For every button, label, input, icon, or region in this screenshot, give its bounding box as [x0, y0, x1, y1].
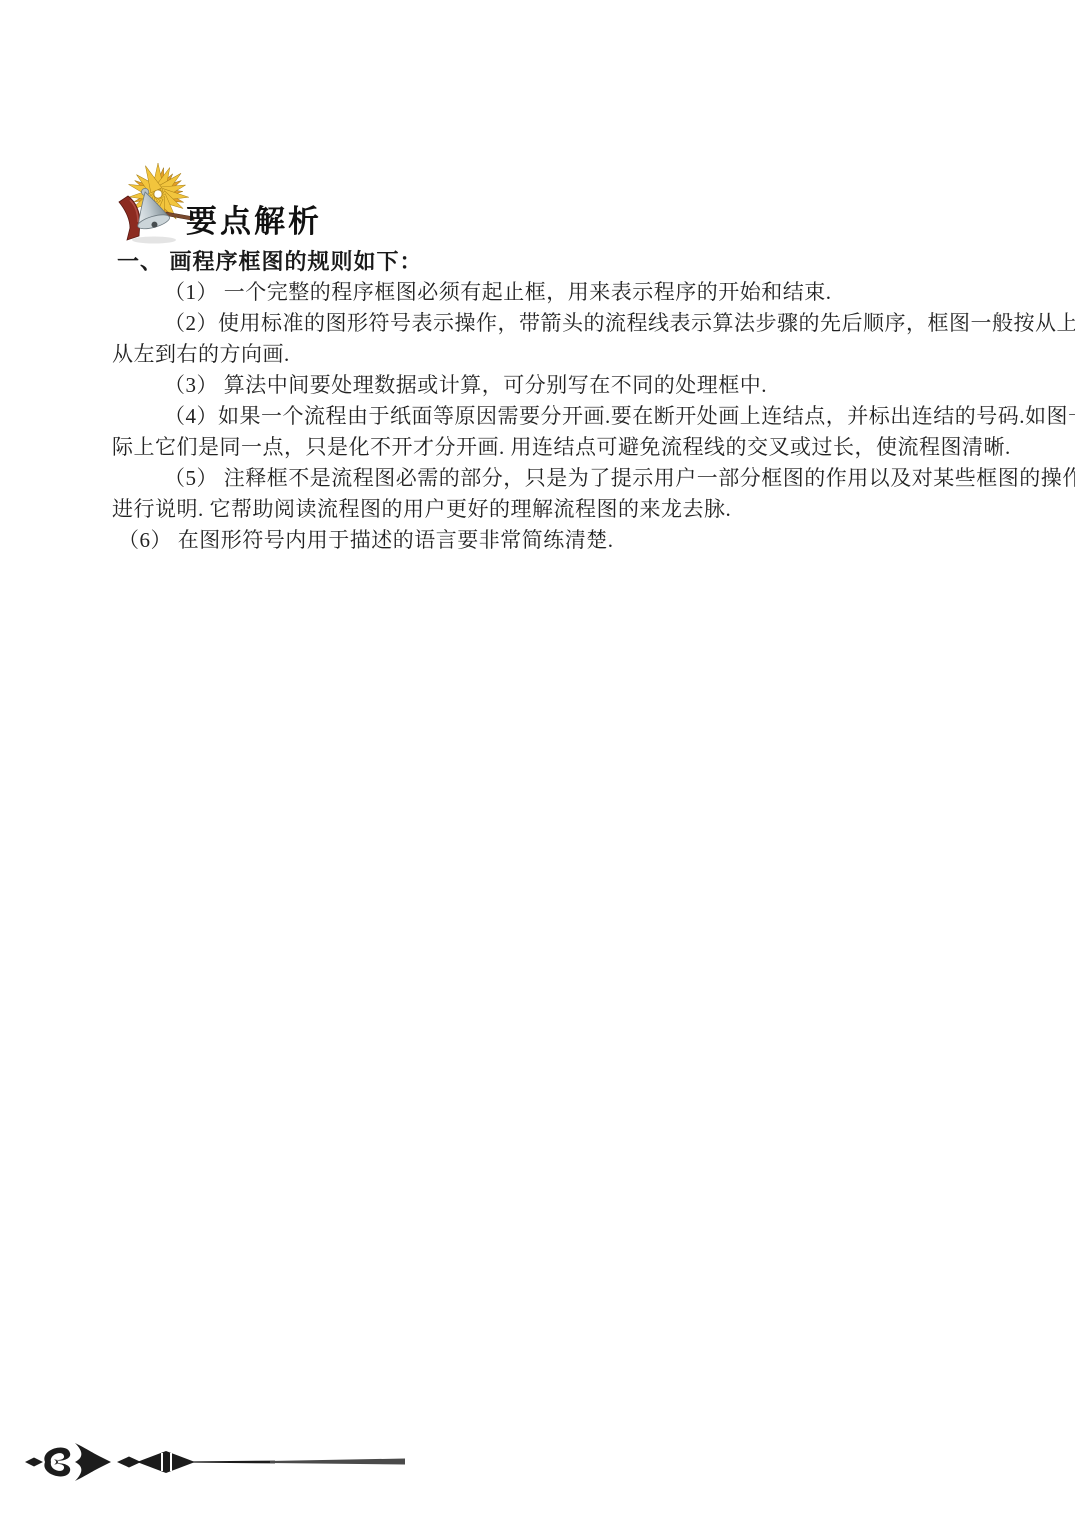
- document-page: 要点解析 一、 画程序框图的规则如下： （1） 一个完整的程序框图必须有起止框，…: [0, 0, 1075, 1518]
- text-line-rule2-cont: 从左到右的方向画.: [112, 339, 974, 370]
- page-title: 要点解析: [186, 196, 322, 241]
- text-line-rule2: （2）使用标准的图形符号表示操作，带箭头的流程线表示算法步骤的先后顺序，框图一般…: [112, 308, 974, 339]
- bell-starburst-icon: [112, 156, 196, 246]
- text-line-rule5-cont: 进行说明. 它帮助阅读流程图的用户更好的理解流程图的来龙去脉.: [112, 494, 974, 525]
- section-header: 要点解析: [112, 156, 612, 248]
- rules-text-block: （1） 一个完整的程序框图必须有起止框，用来表示程序的开始和结束. （2）使用标…: [112, 277, 974, 556]
- section-heading: 一、 画程序框图的规则如下：: [117, 245, 423, 276]
- text-line-rule5: （5） 注释框不是流程图必需的部分，只是为了提示用户一部分框图的作用以及对某些框…: [112, 463, 974, 494]
- text-line-rule1: （1） 一个完整的程序框图必须有起止框，用来表示程序的开始和结束.: [112, 277, 974, 308]
- text-line-rule4-cont: 际上它们是同一点，只是化不开才分开画. 用连结点可避免流程线的交叉或过长，使流程…: [112, 432, 974, 463]
- text-line-rule3: （3） 算法中间要处理数据或计算，可分别写在不同的处理框中.: [112, 370, 974, 401]
- text-line-rule4: （4）如果一个流程由于纸面等原因需要分开画.要在断开处画上连结点，并标出连结的号…: [112, 401, 974, 432]
- ornamental-divider-icon: [25, 1440, 410, 1485]
- text-line-rule6: （6） 在图形符号内用于描述的语言要非常简练清楚.: [112, 525, 974, 556]
